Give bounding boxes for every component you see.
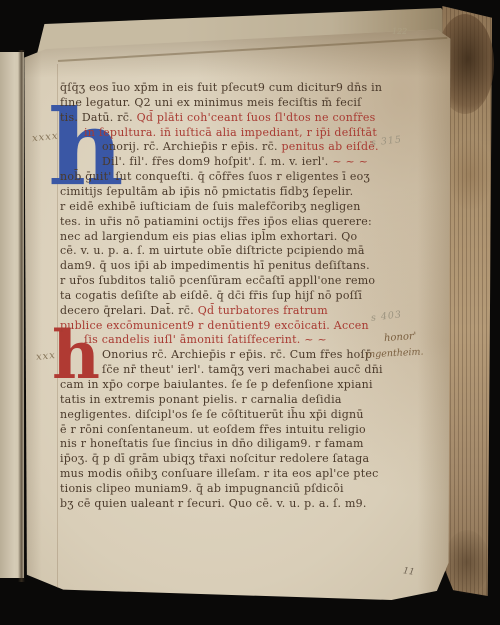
body-text: nis r honeſtatis ſue ſincius in dn̄o dil…: [60, 437, 364, 450]
manuscript-line: r ur̄os ſubditos taliō pcenſūram ecc̄aſt…: [60, 275, 375, 287]
manuscript-line: nis r honeſtatis ſue ſincius in dn̄o dil…: [60, 438, 364, 450]
body-text: decero q̄relari. Dat̄. rc̄.: [60, 304, 198, 317]
manuscript-line: Onorius rc̄. Archiep̄is r ep̄is. rc̄. Cu…: [102, 349, 372, 361]
body-text: r ur̄os ſubditos taliō pcenſūram ecc̄aſt…: [60, 274, 375, 287]
body-text: q̄ſq̄ʒ eos īuo xp̄m in eis fuit pſecut9 …: [60, 81, 382, 94]
body-text: nob̄ ḡuit' ſut conqueſti. q̄ cōfr̄es ſuo…: [60, 170, 370, 183]
body-text: tatis in extremis ponant pielis. r carna…: [60, 393, 342, 406]
manuscript-line: ſis candelis iuſl' āmoniti ſatiſfecerint…: [84, 334, 327, 346]
body-text: tis. Datū. rc̄.: [60, 111, 137, 124]
manuscript-line: onorij. rc̄. Archiep̄is r ep̄is. rc̄. pe…: [102, 141, 379, 153]
body-text: Dil'. fil'. fr̄es dom9 hoſpit'. ſ. m. v.…: [102, 155, 332, 168]
body-text: mus modis on̄ibʒ conſuare illeſam. r ita…: [60, 467, 379, 480]
body-text: cam in xp̄o corpe baiulantes. ſe ſe p de…: [60, 378, 373, 391]
body-text: negligentes. diſcipl'os ſe ſe cōſtituerū…: [60, 408, 364, 421]
rubric-text: ~ ~ ~: [332, 155, 368, 168]
manuscript-line: cam in xp̄o corpe baiulantes. ſe ſe p de…: [60, 379, 373, 391]
body-text: cimitijs ſepultām ab ip̄is nō pmictatis …: [60, 185, 353, 198]
manuscript-line: tes. in ur̄is nō patiamini octijs fr̄es …: [60, 216, 372, 228]
body-text: tes. in ur̄is nō patiamini octijs fr̄es …: [60, 215, 372, 228]
manuscript-line: cimitijs ſepultām ab ip̄is nō pmictatis …: [60, 186, 353, 198]
manuscript-line: publice excōmunicent9 r denūtient9 excōi…: [60, 320, 369, 332]
manuscript-line: r eidē exhibē iuſticiam de ſuis malefc̄o…: [60, 201, 361, 213]
manuscript-line: tionis clipeo muniam9. q̄ ab impugnanciū…: [60, 483, 344, 495]
rubric-text: Qd̄ turbatores fratrum: [198, 304, 328, 317]
body-text: dam9. q̄ uos ip̄i ab impedimentis hī pen…: [60, 259, 370, 272]
manuscript-line: cē. v. u. p. a. ſ. m uirtute obīe diſtri…: [60, 245, 365, 257]
body-text: ip̄oʒ. q̄ p dī grām ubiqʒ tr̄axi noſcitu…: [60, 452, 369, 465]
body-text: cē. v. u. p. a. ſ. m uirtute obīe diſtri…: [60, 244, 365, 257]
body-text: bʒ cē quien ualeant r ſecuri. Quo cē. v.…: [60, 497, 367, 510]
manuscript-line: q̄ſq̄ʒ eos īuo xp̄m in eis fuit pſecut9 …: [60, 82, 382, 94]
margin-gloss-honor: honor': [384, 331, 417, 344]
manuscript-line: Dil'. fil'. fr̄es dom9 hoſpit'. ſ. m. v.…: [102, 156, 368, 168]
manuscript-line: bʒ cē quien ualeant r ſecuri. Quo cē. v.…: [60, 498, 367, 510]
body-text: onorij. rc̄. Archiep̄is r ep̄is. rc̄.: [102, 140, 281, 153]
manuscript-line: fine legatur. Q2 uni ex minimus meis fec…: [60, 97, 362, 109]
rubric-text: penitus ab eiſdē.: [281, 140, 378, 153]
manuscript-photo: h h q̄ſq̄ʒ eos īuo xp̄m in eis fuit pſec…: [0, 0, 500, 625]
body-text: r eidē exhibē iuſticiam de ſuis malefc̄o…: [60, 200, 361, 213]
manuscript-line: in ſepultura. in̄ iuſticā alia impediant…: [84, 127, 377, 139]
manuscript-line: ip̄oʒ. q̄ p dī grām ubiqʒ tr̄axi noſcitu…: [60, 453, 369, 465]
body-text: Onorius rc̄. Archiep̄is r ep̄is. rc̄. Cu…: [102, 348, 372, 361]
manuscript-line: tis. Datū. rc̄. Qd̄ plāti coh'ceant ſuos…: [60, 112, 376, 124]
body-text: tionis clipeo muniam9. q̄ ab impugnanciū…: [60, 482, 344, 495]
rubric-text: ſis candelis iuſl' āmoniti ſatiſfecerint…: [84, 333, 327, 346]
body-text: fine legatur. Q2 uni ex minimus meis fec…: [60, 96, 362, 109]
manuscript-line: dam9. q̄ uos ip̄i ab impedimentis hī pen…: [60, 260, 370, 272]
manuscript-line: ſc̄e nr̄ theut' ierl'. tamq̄ʒ veri macha…: [102, 364, 383, 376]
manuscript-line: decero q̄relari. Dat̄. rc̄. Qd̄ turbator…: [60, 305, 328, 317]
manuscript-line: ē r rōni conſentaneum. ut eoſdem fr̄es i…: [60, 424, 366, 436]
body-text: ſc̄e nr̄ theut' ierl'. tamq̄ʒ veri macha…: [102, 363, 383, 376]
folio-number-bottom: 11: [402, 566, 415, 577]
body-text: ē r rōni conſentaneum. ut eoſdem fr̄es i…: [60, 423, 366, 436]
manuscript-line: tatis in extremis ponant pielis. r carna…: [60, 394, 342, 406]
manuscript-line: nec ad largiendum eis pias elias ipl̄m e…: [60, 231, 357, 243]
manuscript-line: ta cogatis deſiſte ab eiſdē. q̄ dc̄i fr̄…: [60, 290, 362, 302]
manuscript-text-block: q̄ſq̄ʒ eos īuo xp̄m in eis fuit pſecut9 …: [0, 0, 500, 625]
manuscript-line: nob̄ ḡuit' ſut conqueſti. q̄ cōfr̄es ſuo…: [60, 171, 370, 183]
body-text: ta cogatis deſiſte ab eiſdē. q̄ dc̄i fr̄…: [60, 289, 362, 302]
folio-number-top: 122: [392, 27, 407, 36]
margin-mark-xxx: xxx: [35, 350, 56, 363]
body-text: nec ad largiendum eis pias elias ipl̄m e…: [60, 230, 357, 243]
manuscript-line: negligentes. diſcipl'os ſe ſe cōſtituerū…: [60, 409, 364, 421]
manuscript-line: mus modis on̄ibʒ conſuare illeſam. r ita…: [60, 468, 379, 480]
rubric-text: publice excōmunicent9 r denūtient9 excōi…: [60, 319, 369, 332]
rubric-text: in ſepultura. in̄ iuſticā alia impediant…: [84, 126, 377, 139]
rubric-text: Qd̄ plāti coh'ceant ſuos ſl'dtos ne conf…: [137, 111, 376, 124]
